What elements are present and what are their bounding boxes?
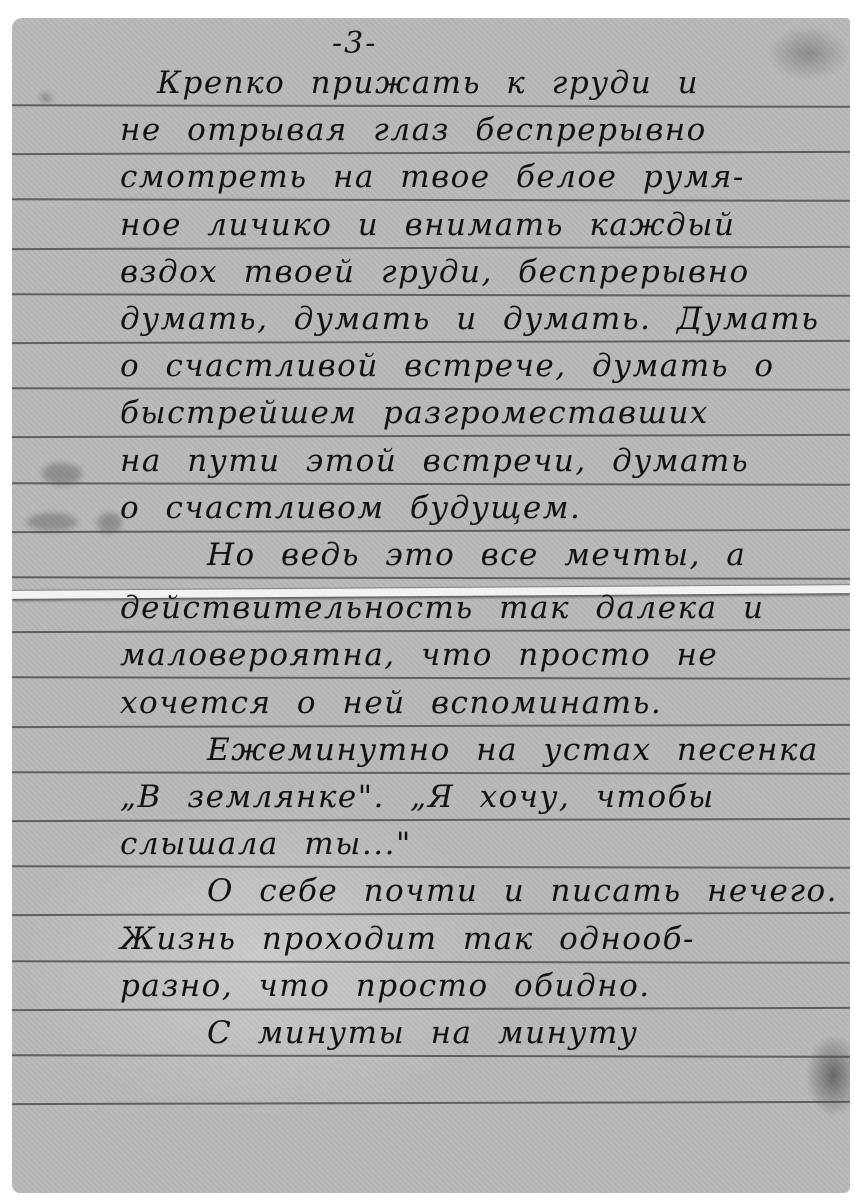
ruled-line xyxy=(12,865,850,868)
handwritten-line: Ежеминутно на устах песенка xyxy=(207,732,819,768)
letter-sheet: -3- Крепко прижать к груди ине отрывая г… xyxy=(12,18,850,1193)
ruled-line xyxy=(12,1101,850,1105)
handwritten-line: на пути этой встречи, думать xyxy=(120,443,749,479)
handwritten-line: смотреть на твое белое румя- xyxy=(120,159,745,195)
ruled-line xyxy=(12,677,850,680)
ruled-line xyxy=(12,199,850,202)
ruled-line xyxy=(12,434,850,438)
ruled-line xyxy=(12,293,850,296)
ruled-line xyxy=(12,245,850,249)
ruled-line xyxy=(12,576,850,579)
handwritten-line: о счастливом будущем. xyxy=(120,490,581,526)
ink-smudge xyxy=(27,513,77,531)
handwritten-line: „В землянке". „Я хочу, чтобы xyxy=(120,779,715,815)
ruled-line xyxy=(12,151,850,155)
handwritten-line: маловероятна, что просто не xyxy=(120,637,718,673)
ruled-line xyxy=(12,1054,850,1057)
handwritten-line: хочется о ней вспоминать. xyxy=(120,685,662,721)
handwritten-line: быстрейшем разгроместавших xyxy=(120,395,709,431)
ruled-line xyxy=(12,771,850,774)
ruled-line xyxy=(12,912,850,916)
handwritten-line: вздох твоей груди, беспрерывно xyxy=(120,254,750,290)
ruled-line xyxy=(12,529,850,533)
ruled-line xyxy=(12,104,850,107)
ruled-line xyxy=(12,960,850,963)
ruled-line xyxy=(12,629,850,633)
handwritten-line: С минуты на минуту xyxy=(207,1015,638,1051)
ruled-line xyxy=(12,482,850,485)
ink-smudge xyxy=(40,93,52,103)
handwritten-line: ное личико и внимать каждый xyxy=(120,207,735,243)
handwritten-line: О себе почти и писать нечего. xyxy=(207,873,838,909)
ruled-line xyxy=(12,723,850,727)
ruled-line xyxy=(12,818,850,822)
handwritten-line: Жизнь проходит так однооб- xyxy=(120,921,695,957)
handwritten-line: разно, что просто обидно. xyxy=(120,968,651,1004)
handwritten-line: Но ведь это все мечты, а xyxy=(207,537,746,573)
handwritten-line: не отрывая глаз беспрерывно xyxy=(120,112,707,148)
handwritten-line: Крепко прижать к груди и xyxy=(157,65,699,101)
page-number: -3- xyxy=(332,26,377,61)
handwritten-line: думать, думать и думать. Думать xyxy=(120,301,820,337)
ruled-line xyxy=(12,340,850,344)
ruled-line xyxy=(12,1007,850,1011)
handwritten-line: действительность так далека и xyxy=(120,590,764,626)
handwritten-line: о счастливой встрече, думать о xyxy=(120,348,775,384)
handwritten-line: слышала ты..." xyxy=(120,826,412,862)
ruled-line xyxy=(12,387,850,390)
